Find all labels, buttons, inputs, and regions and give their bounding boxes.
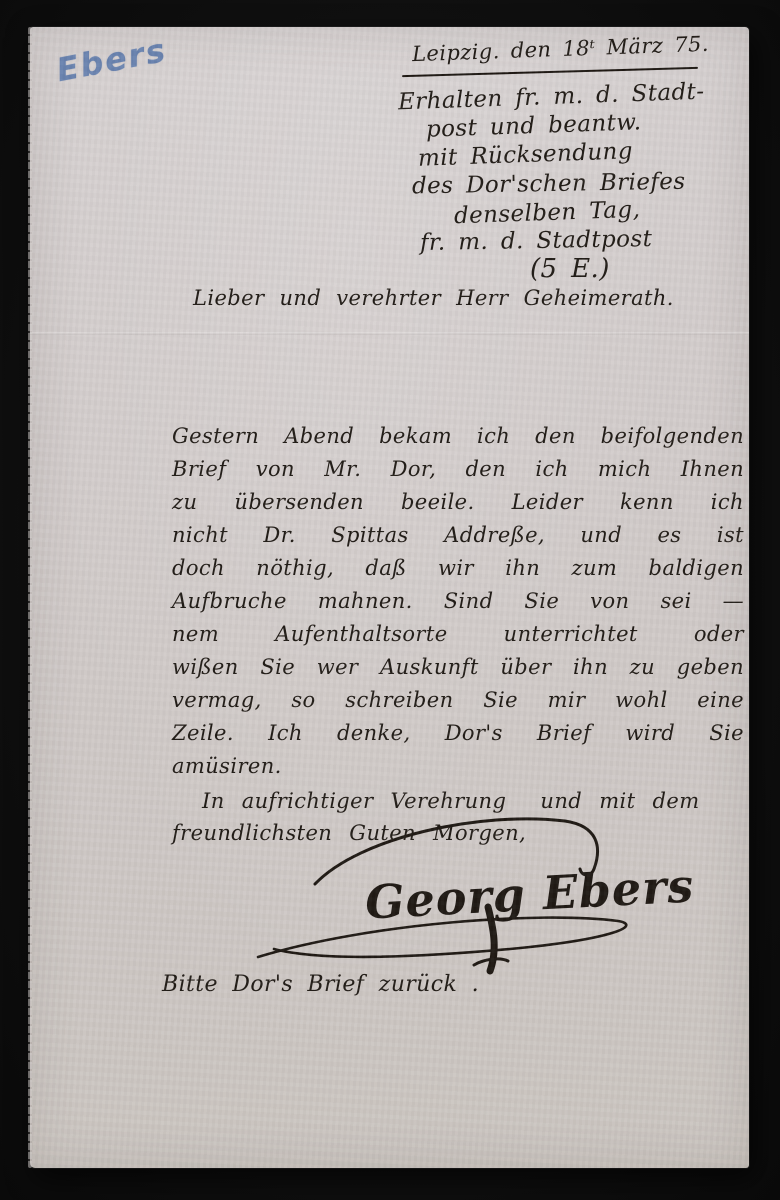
archive-label-ebers: Ebers [53,31,170,90]
letter-page: Ebers Leipzig. den 18ᵗ März 75. Erhalten… [30,27,749,1168]
body-line: Aufbruche mahnen. Sind Sie von sei — [172,589,744,613]
dateline: Leipzig. den 18ᵗ März 75. [412,32,710,66]
fold-crease [30,332,749,335]
salutation: Lieber und verehrter Herr Geheimerath. [193,286,674,310]
body-line: nicht Dr. Spittas Addreße, und es ist [172,523,744,547]
body-line: nem Aufenthaltsorte unterrichtet oder [172,622,744,646]
body-line: Zeile. Ich denke, Dor's Brief wird Sie [172,721,744,745]
received-note-line: des Dor'schen Briefes [412,168,686,202]
body-line: zu übersenden beeile. Leider kenn ich [172,490,744,514]
signature-block: Georg Ebers [250,789,670,989]
body-line: vermag, so schreiben Sie mir wohl eine [172,688,744,712]
received-note-line: (5 E.) [530,255,610,284]
body-line: Brief von Mr. Dor, den ich mich Ihnen [172,457,744,481]
body-line: doch nöthig, daß wir ihn zum baldigen [172,556,744,580]
dateline-underline [402,67,698,77]
body-line: wißen Sie wer Auskunft über ihn zu geben [172,655,744,679]
body-line: Gestern Abend bekam ich den beifolgenden [172,424,744,448]
scan-background: Ebers Leipzig. den 18ᵗ März 75. Erhalten… [0,0,780,1200]
postscript: Bitte Dor's Brief zurück . [162,972,479,997]
body-line: amüsiren. [172,754,744,778]
